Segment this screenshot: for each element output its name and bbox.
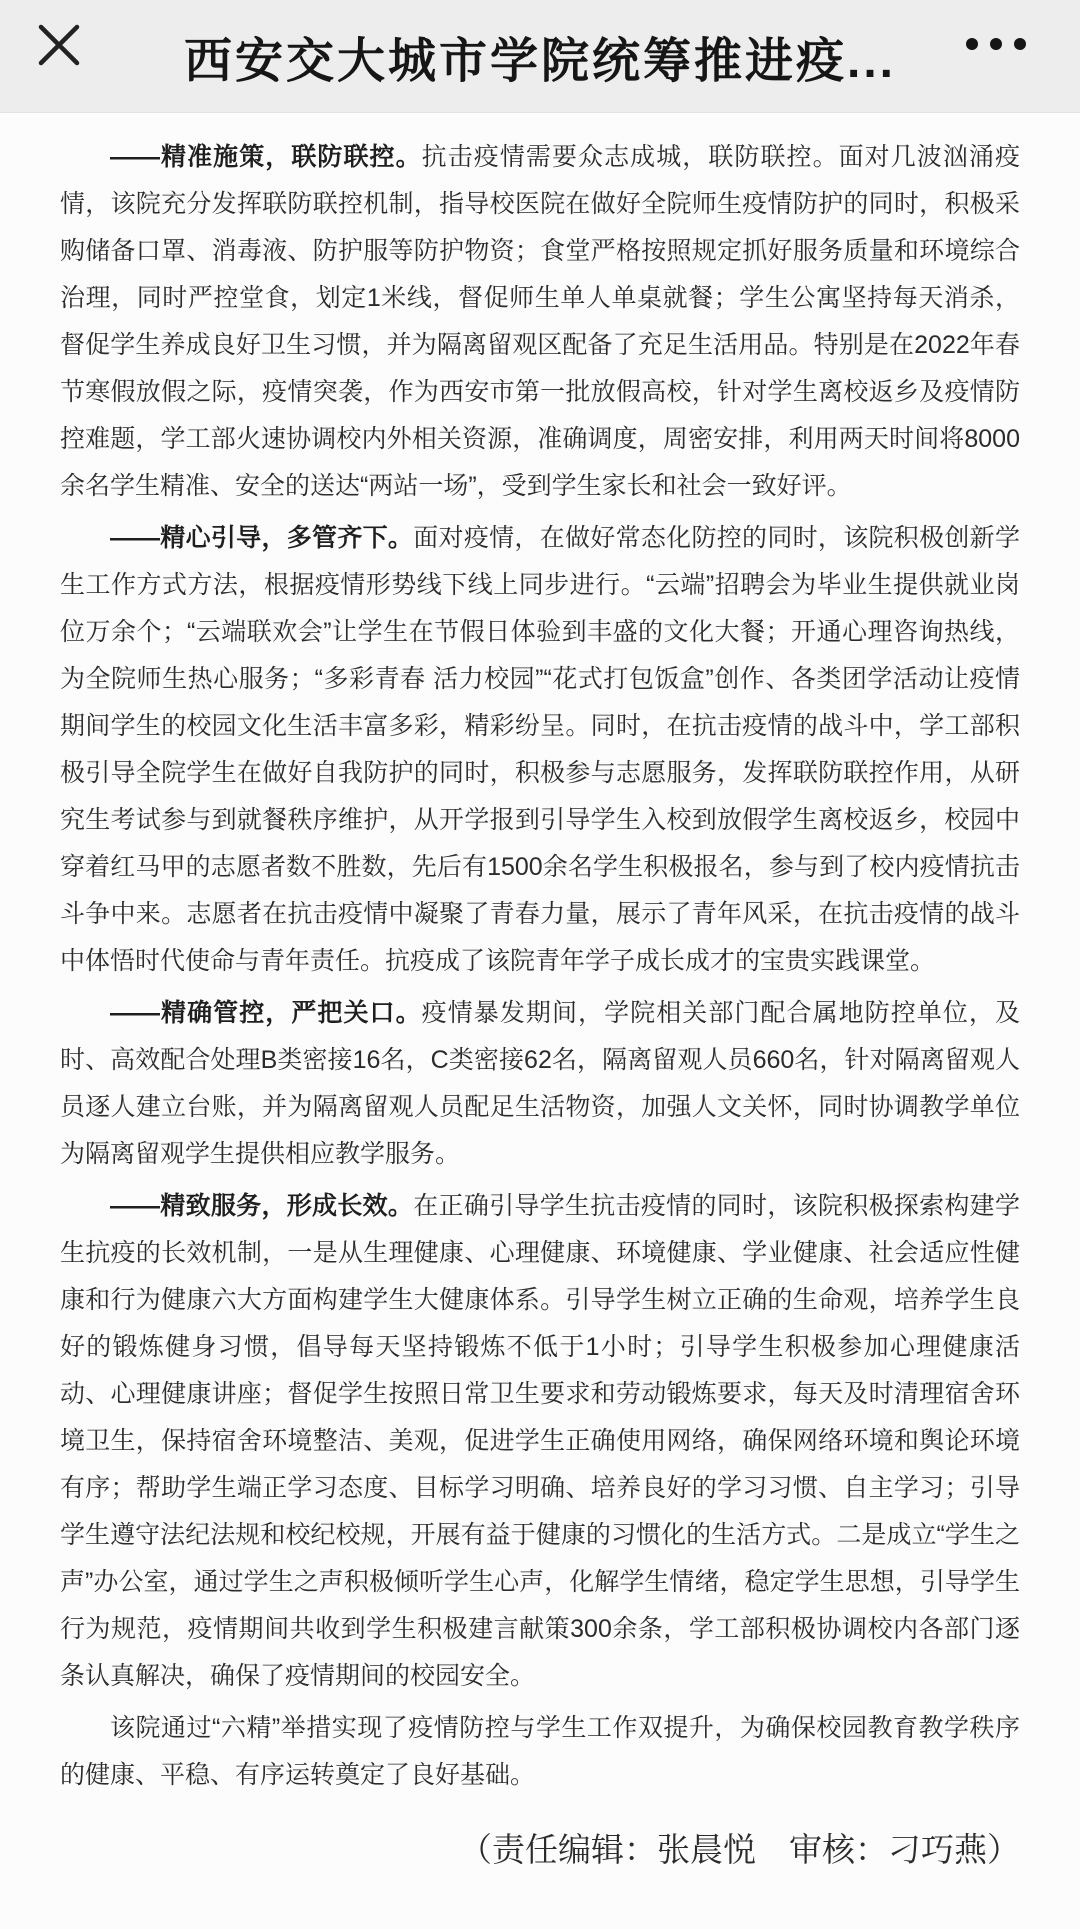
editor-note: （责任编辑：张晨悦 审核：刁巧燕） [60,1825,1020,1875]
more-dots-icon [1014,38,1026,50]
page-title: 西安交大城市学院统筹推进疫... [184,22,896,91]
paragraph: ——精心引导，多管齐下。面对疫情，在做好常态化防控的同时，该院积极创新学生工作方… [60,515,1020,985]
paragraph: ——精致服务，形成长效。在正确引导学生抗击疫情的同时，该院积极探索构建学生抗疫的… [60,1183,1020,1700]
article-body: ——精准施策，联防联控。抗击疫情需要众志成城，联防联控。面对几波汹涌疫情，该院充… [0,113,1080,1875]
paragraph-lead: ——精心引导，多管齐下。 [110,524,413,552]
paragraph: 该院通过“六精”举措实现了疫情防控与学生工作双提升，为确保校园教育教学秩序的健康… [60,1705,1020,1799]
paragraph-lead: ——精确管控，严把关口。 [110,999,422,1027]
close-button[interactable] [34,20,84,70]
paragraph-text: 面对疫情，在做好常态化防控的同时，该院积极创新学生工作方式方法，根据疫情形势线下… [60,524,1020,975]
paragraph-text: 抗击疫情需要众志成城，联防联控。面对几波汹涌疫情，该院充分发挥联防联控机制，指导… [60,143,1020,500]
paragraph-lead: ——精致服务，形成长效。 [110,1192,413,1220]
more-button[interactable] [966,32,1026,56]
close-icon [36,22,82,68]
paragraph-text: 该院通过“六精”举措实现了疫情防控与学生工作双提升，为确保校园教育教学秩序的健康… [60,1714,1020,1789]
paragraph: ——精准施策，联防联控。抗击疫情需要众志成城，联防联控。面对几波汹涌疫情，该院充… [60,134,1020,510]
more-dots-icon [990,38,1002,50]
wechat-article-screen: 西安交大城市学院统筹推进疫... ——精准施策，联防联控。抗击疫情需要众志成城，… [0,0,1080,1875]
paragraph-lead: ——精准施策，联防联控。 [110,143,422,171]
paragraph: ——精确管控，严把关口。疫情暴发期间，学院相关部门配合属地防控单位，及时、高效配… [60,990,1020,1178]
more-dots-icon [966,38,978,50]
navbar: 西安交大城市学院统筹推进疫... [0,0,1080,113]
paragraph-text: 在正确引导学生抗击疫情的同时，该院积极探索构建学生抗疫的长效机制，一是从生理健康… [60,1192,1020,1690]
